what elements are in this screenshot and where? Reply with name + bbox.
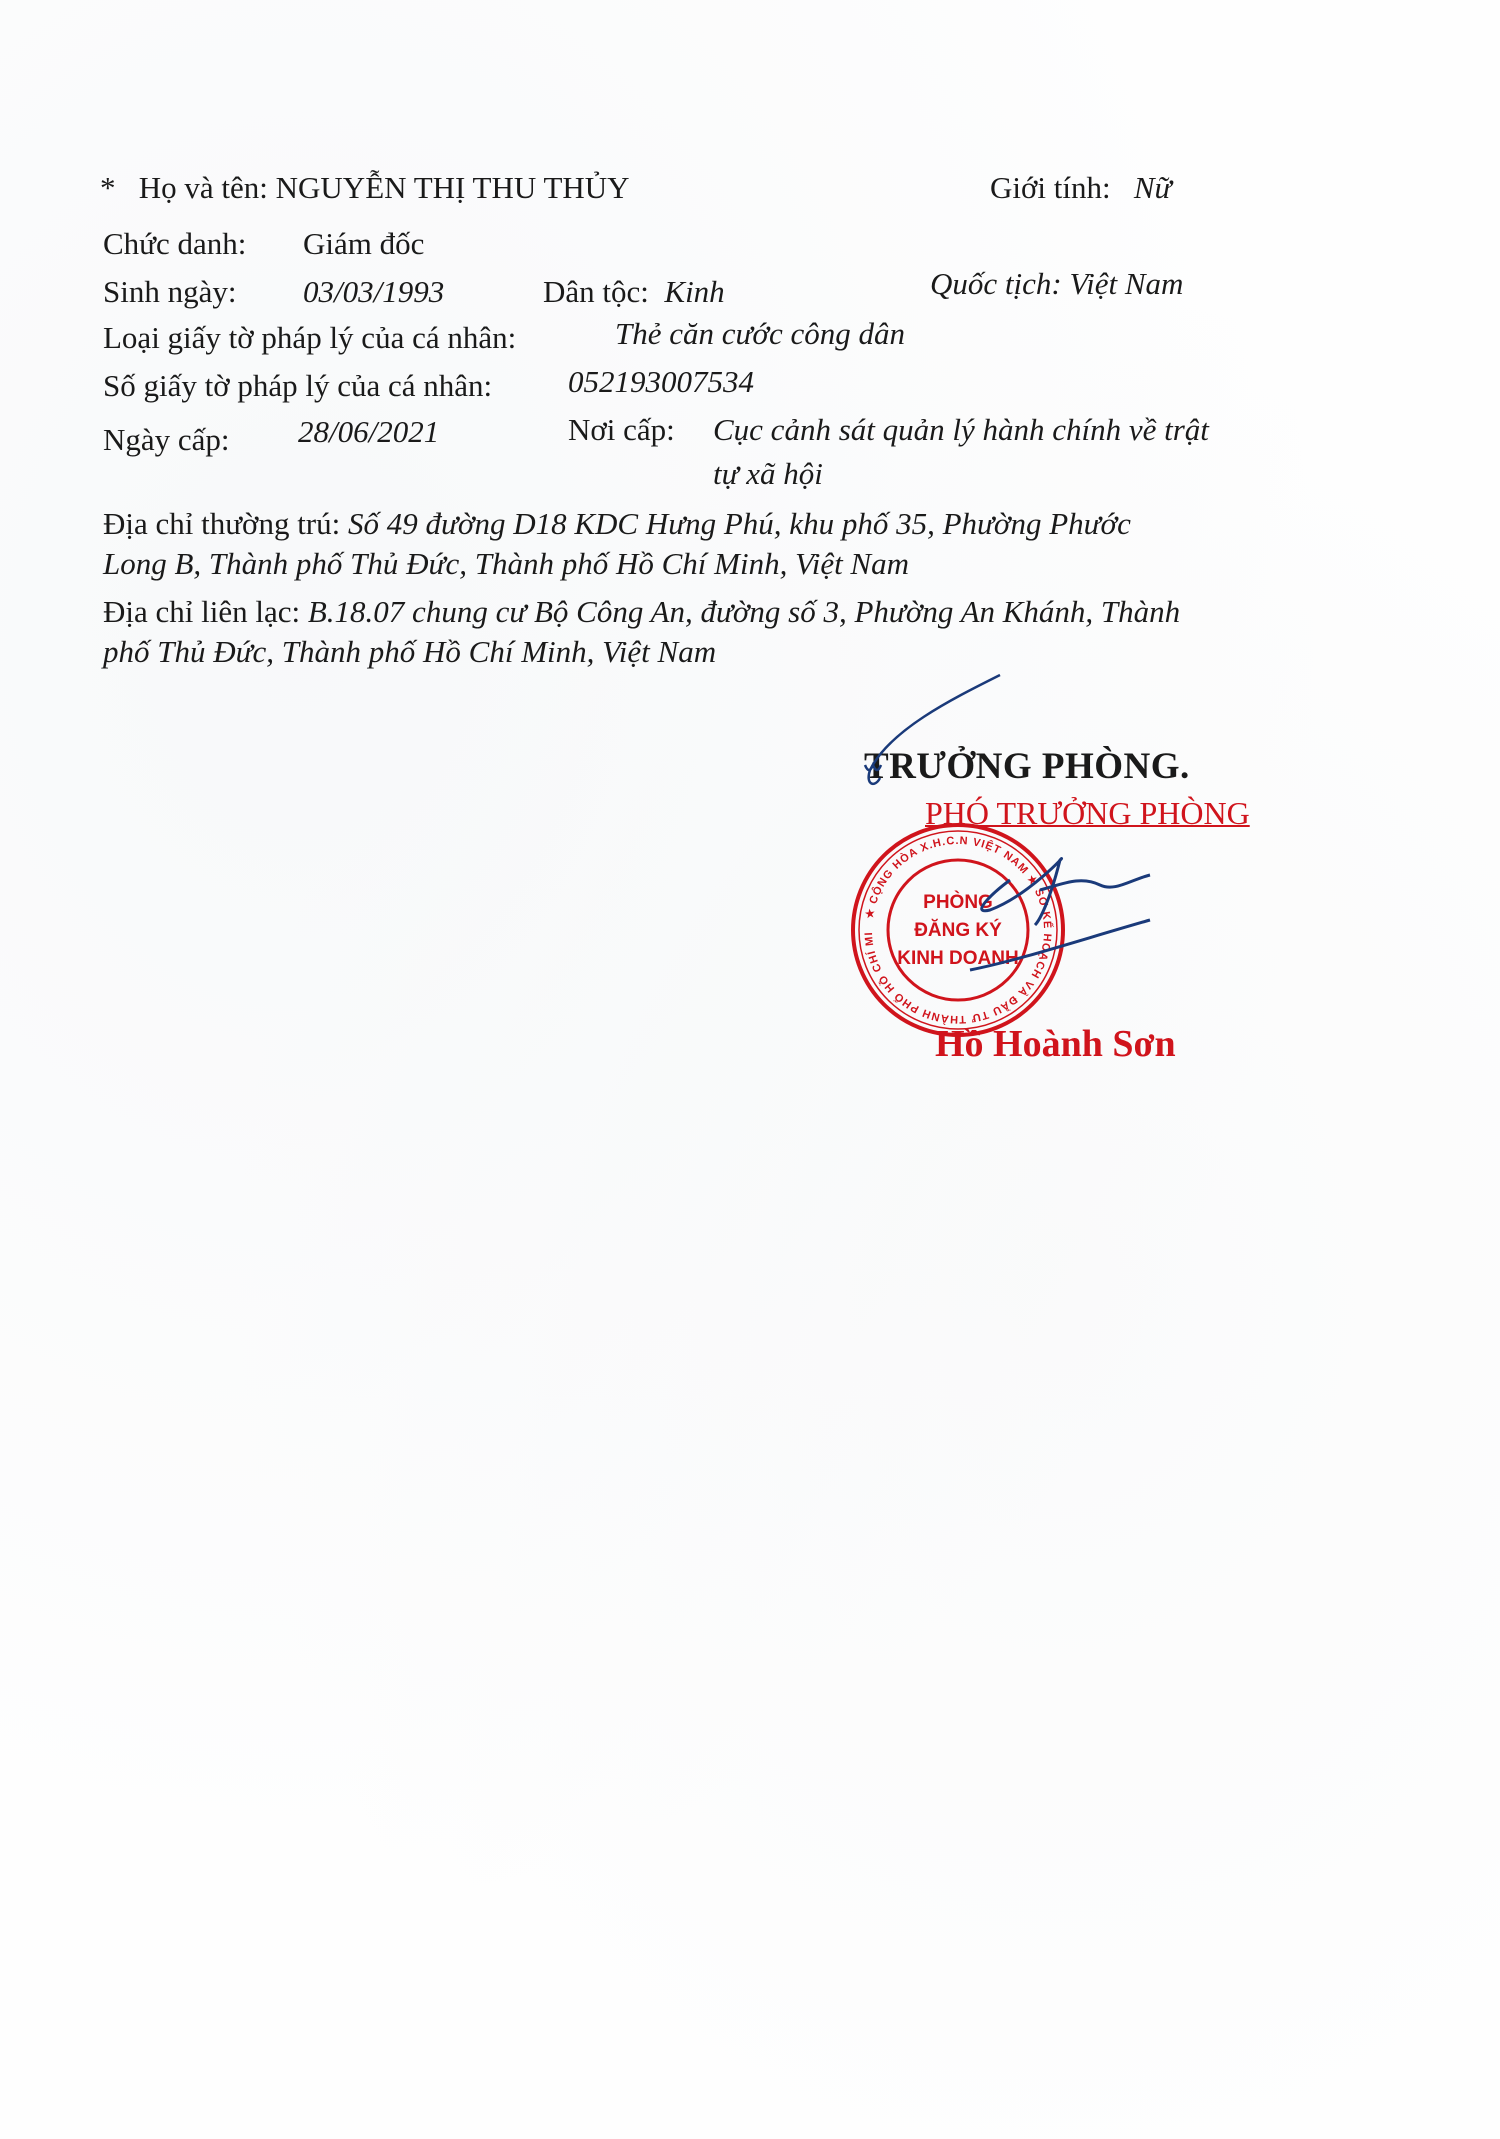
permanent-address-label: Địa chỉ thường trú: [103,506,340,541]
signature-title: TRƯỞNG PHÒNG. [864,745,1190,788]
contact-address-row: Địa chỉ liên lạc: B.18.07 chung cư Bộ Cô… [103,596,1180,627]
svg-text:PHÒNG: PHÒNG [923,891,993,913]
issue-date-label: Ngày cấp: [103,422,230,457]
id-type-row: Loại giấy tờ pháp lý của cá nhân: [103,322,516,353]
dob-row: Sinh ngày: [103,276,236,307]
permanent-address-line1: Số 49 đường D18 KDC Hưng Phú, khu phố 35… [348,506,1131,541]
svg-text:KINH DOANH: KINH DOANH [897,948,1018,969]
id-number-row: Số giấy tờ pháp lý của cá nhân: [103,370,492,401]
issue-place-line1: Cục cảnh sát quản lý hành chính về trật [713,414,1209,445]
gender-value: Nữ [1134,170,1172,205]
nationality-value: Việt Nam [1069,266,1183,301]
permanent-address-row: Địa chỉ thường trú: Số 49 đường D18 KDC … [103,508,1131,539]
contact-address-line1: B.18.07 chung cư Bộ Công An, đường số 3,… [308,594,1180,629]
signature-title-text: TRƯỞNG PHÒNG [864,746,1180,787]
issue-place-label: Nơi cấp: [568,414,675,445]
contact-address-line2: phố Thủ Đức, Thành phố Hồ Chí Minh, Việt… [103,636,716,667]
ethnicity-label: Dân tộc: [543,274,649,309]
issue-date-value: 28/06/2021 [298,416,439,447]
position-label: Chức danh: [103,226,246,261]
position-row: Chức danh: [103,228,246,259]
ethnicity-value: Kinh [664,274,724,309]
ethnicity-row: Dân tộc: Kinh [543,276,725,307]
nationality-label: Quốc tịch: [930,266,1062,301]
full-name-value: NGUYỄN THỊ THU THỦY [276,170,630,205]
full-name-label: Họ và tên: [139,170,268,205]
permanent-address-line2: Long B, Thành phố Thủ Đức, Thành phố Hồ … [103,548,909,579]
dob-label: Sinh ngày: [103,274,236,309]
official-seal-icon: ★ CỘNG HÒA X.H.C.N VIỆT NAM ★ SỞ KẾ HOẠC… [848,820,1068,1040]
signer-name: Hồ Hoành Sơn [935,1022,1176,1066]
position-value-wrap: Giám đốc [303,228,424,259]
id-number-value: 052193007534 [568,366,754,397]
dob-value: 03/03/1993 [303,276,444,307]
issue-place-line2: tự xã hội [713,458,823,489]
svg-text:ĐĂNG KÝ: ĐĂNG KÝ [914,919,1002,941]
id-type-value: Thẻ căn cước công dân [615,318,905,349]
gender-label: Giới tính: [990,170,1111,205]
issue-date-row: Ngày cấp: [103,424,230,455]
contact-address-label: Địa chỉ liên lạc: [103,594,300,629]
id-type-label: Loại giấy tờ pháp lý của cá nhân: [103,320,516,355]
gender-row: Giới tính: Nữ [990,172,1171,203]
id-number-label: Số giấy tờ pháp lý của cá nhân: [103,368,492,403]
position-value: Giám đốc [303,226,424,261]
bullet: * [100,170,116,205]
nationality-row: Quốc tịch: Việt Nam [930,268,1183,299]
full-name-row: * Họ và tên: NGUYỄN THỊ THU THỦY [100,172,630,203]
